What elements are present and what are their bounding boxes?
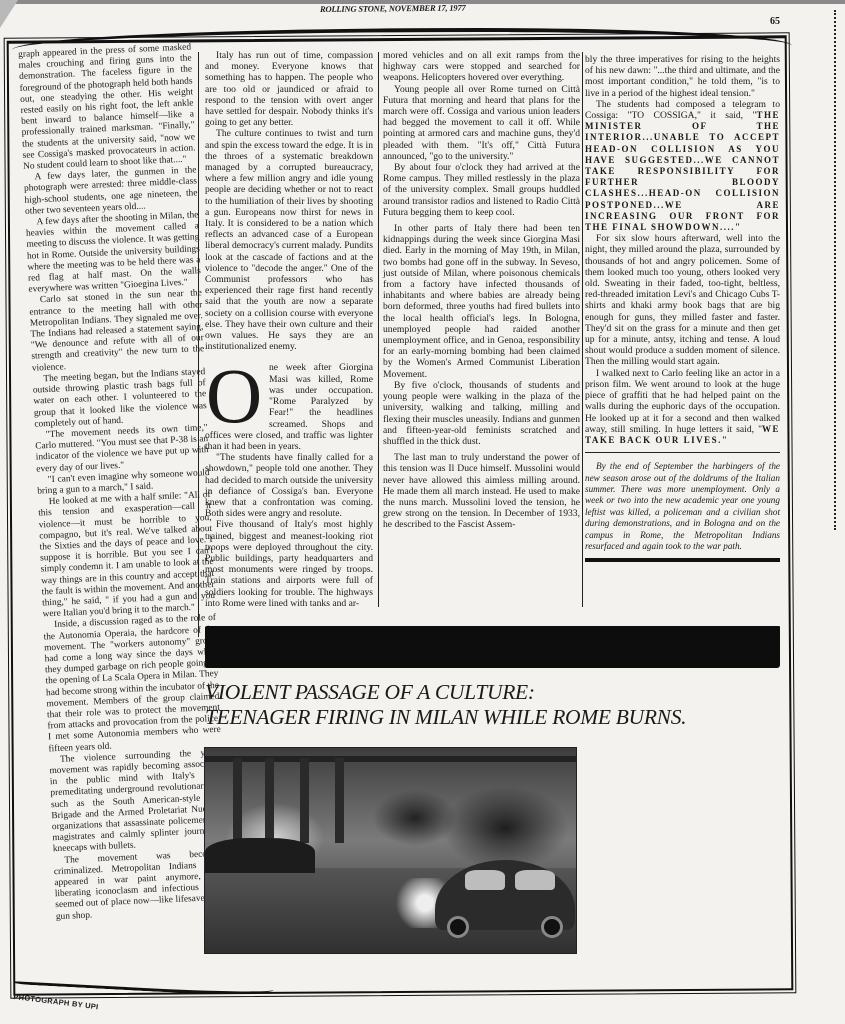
telegram-text: THE MINISTER OF THE INTERIOR...UNABLE TO… (585, 110, 780, 232)
photo-headline: VIOLENT PASSAGE OF A CULTURE: TEENAGER F… (205, 680, 795, 730)
sidebar-bottom-rule (585, 558, 780, 562)
news-photograph (204, 747, 577, 954)
column-divider (198, 52, 199, 637)
page-number: 65 (770, 16, 780, 27)
paragraph: By five o'clock, thousands of students a… (383, 380, 580, 447)
car-window (515, 870, 555, 890)
telegram-paragraph: The students had composed a telegram to … (585, 99, 780, 233)
paragraph: The violence surrounding the youth movem… (49, 748, 226, 856)
paragraph: He looked at me with a half smile: "All … (38, 490, 216, 621)
magazine-page: ROLLING STONE, NOVEMBER 17, 1977 65 grap… (0, 0, 845, 1024)
scan-binding-edge (834, 10, 836, 530)
photo-top-band (205, 626, 780, 668)
car-window (465, 870, 505, 890)
paragraph: "The movement needs its own time," Carlo… (35, 423, 210, 475)
article-column-2: Italy has run out of time, compassion an… (205, 50, 373, 609)
photo-pillar (300, 758, 309, 843)
article-column-4: bly the three imperatives for rising to … (585, 54, 780, 562)
paragraph-text: I walked next to Carlo feeling like an a… (585, 368, 780, 435)
paragraph: "The students have finally called for a … (205, 452, 373, 519)
paragraph: The last man to truly understand the pow… (383, 452, 580, 530)
column-divider (582, 52, 583, 607)
photo-pillar (233, 758, 242, 843)
paragraph: Young people all over Rome turned on Cit… (383, 84, 580, 162)
page-corner-fold (0, 0, 18, 28)
paragraph: The meeting began, but the Indians staye… (32, 367, 207, 431)
running-head: ROLLING STONE, NOVEMBER 17, 1977 (320, 2, 520, 14)
paragraph: In other parts of Italy there had been t… (383, 223, 580, 380)
italic-sidebar-note: By the end of September the harbingers o… (585, 461, 780, 552)
paragraph: By about four o'clock they had arrived a… (383, 162, 580, 218)
photo-pillar (265, 758, 274, 843)
column-divider (378, 52, 379, 607)
headline-line-1: VIOLENT PASSAGE OF A CULTURE: (205, 680, 795, 705)
dropcap-section: O ne week after Giorgina Masi was killed… (205, 362, 373, 452)
paragraph: A few days after the shooting in Milan, … (25, 210, 201, 296)
car-wheel (447, 916, 469, 938)
photo-riot-police (205, 838, 315, 873)
paragraph: Italy has run out of time, compassion an… (205, 50, 373, 128)
paragraph: Five thousand of Italy's most highly tra… (205, 519, 373, 609)
paragraph: A few days later, the gunmen in the phot… (23, 166, 198, 218)
paragraph: The culture continues to twist and turn … (205, 128, 373, 352)
paragraph: Inside, a discussion raged as to the rol… (43, 613, 222, 755)
paragraph: For six slow hours afterward, well into … (585, 233, 780, 367)
dropcap-letter: O (205, 364, 263, 428)
paragraph: bly the three imperatives for rising to … (585, 54, 780, 99)
car-wheel (541, 916, 563, 938)
paragraph: mored vehicles and on all exit ramps fro… (383, 50, 580, 84)
paragraph: The movement was becoming criminalized. … (53, 848, 229, 923)
photo-overpass (205, 756, 576, 762)
sidebar-divider (585, 452, 780, 453)
graffiti-paragraph: I walked next to Carlo feeling like an a… (585, 368, 780, 446)
headline-line-2: TEENAGER FIRING IN MILAN WHILE ROME BURN… (205, 705, 795, 730)
photo-pillar (335, 758, 344, 843)
telegram-intro: The students had composed a telegram to … (585, 99, 780, 121)
paragraph: graph appeared in the press of some mask… (18, 42, 196, 173)
article-column-3: mored vehicles and on all exit ramps fro… (383, 50, 580, 531)
paragraph: Carlo sat stoned in the sun near the ent… (29, 289, 205, 375)
